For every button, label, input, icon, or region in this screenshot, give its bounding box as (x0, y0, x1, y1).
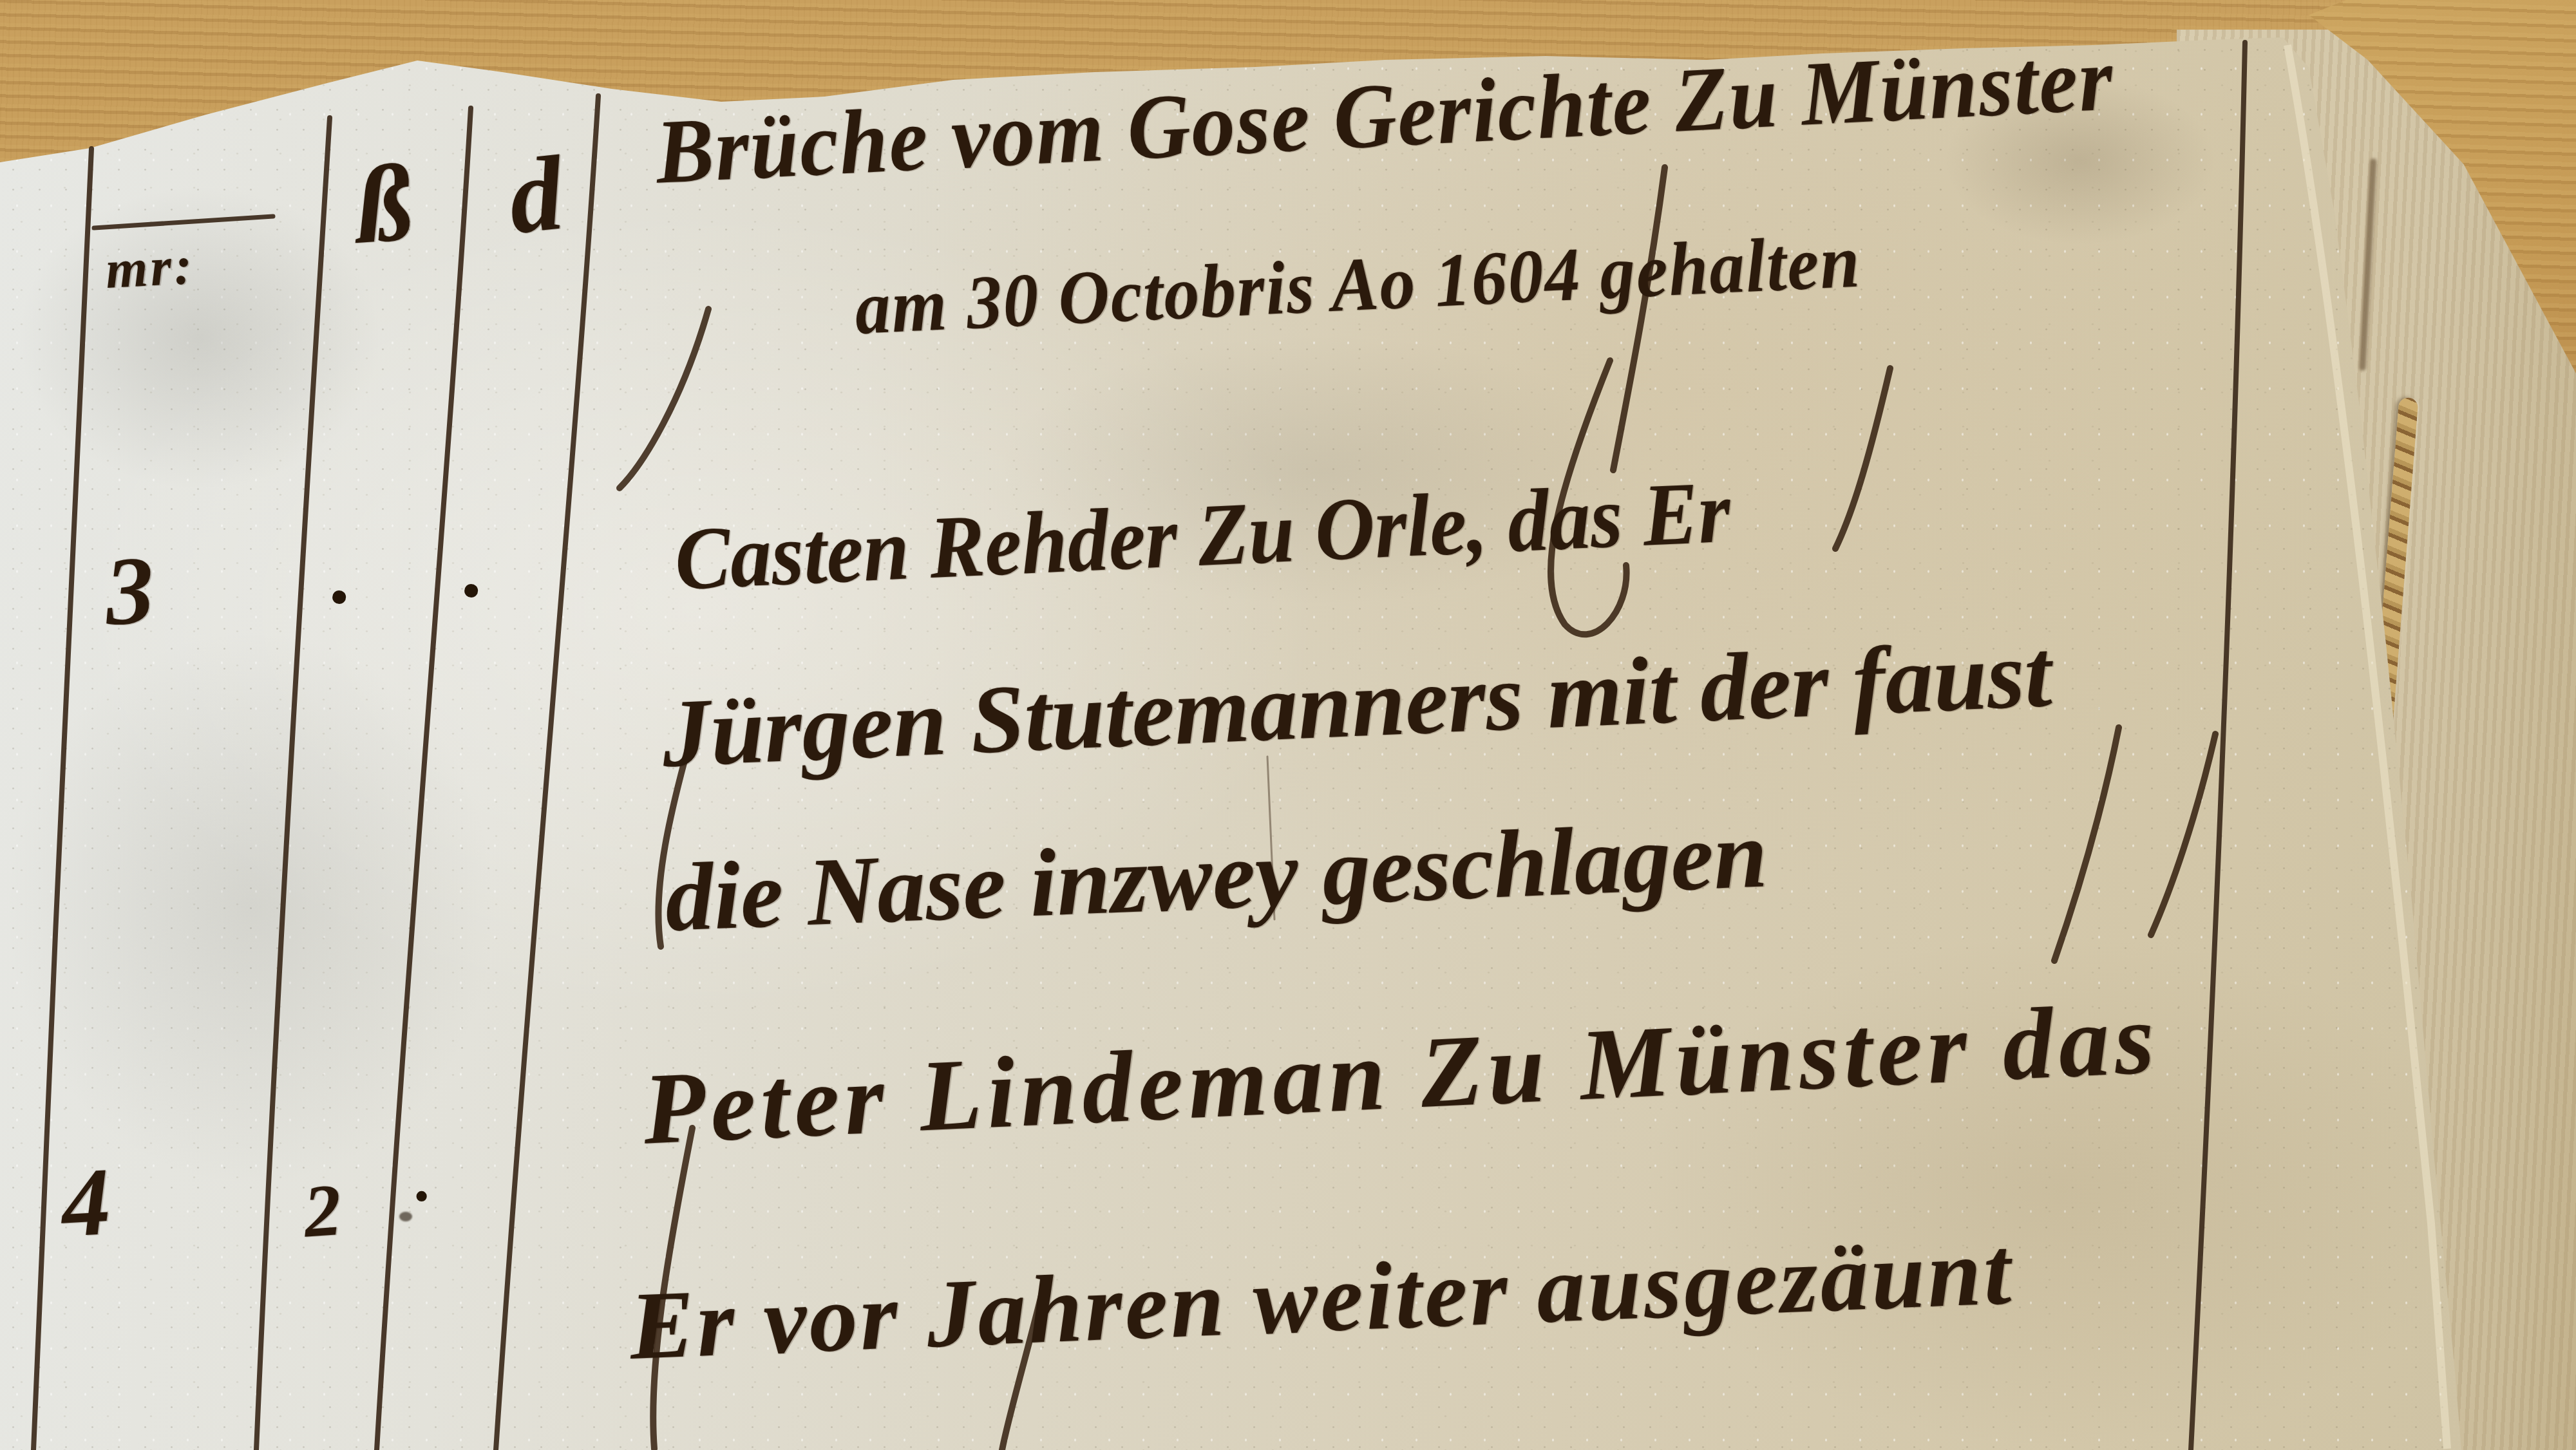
ruled-line-3 (377, 108, 471, 1450)
ruled-line-4 (496, 96, 598, 1450)
column-header-schilling: ß (353, 147, 415, 261)
entry-4-number: 4 (59, 1153, 113, 1252)
header-underline (94, 216, 273, 228)
ruled-line-right (2191, 42, 2245, 1450)
entry-3-schilling-dot: · (325, 555, 353, 639)
flourish-Zu-tail (1613, 167, 1665, 470)
flourish-faust-tail-2 (2151, 734, 2215, 935)
column-header-denar: d (504, 139, 567, 250)
entry-3-number: 3 (103, 541, 156, 641)
flourish-B-tail (620, 309, 708, 488)
page-edge-highlight (2287, 45, 2447, 1449)
entry-3-denar-dot: · (457, 549, 485, 632)
manuscript-photo: mr: ß d Brüche vom Gose Gerichte Zu Müns… (0, 0, 2576, 1450)
flourish-gehalten-tail (1835, 368, 1890, 549)
flourish-faust-tail-1 (2054, 728, 2119, 961)
ink-smudge (399, 1212, 412, 1221)
column-header-mr: mr: (104, 239, 196, 297)
entry-4-denar-dot: · (411, 1164, 432, 1229)
entry-4-schilling-value: 2 (301, 1172, 343, 1249)
